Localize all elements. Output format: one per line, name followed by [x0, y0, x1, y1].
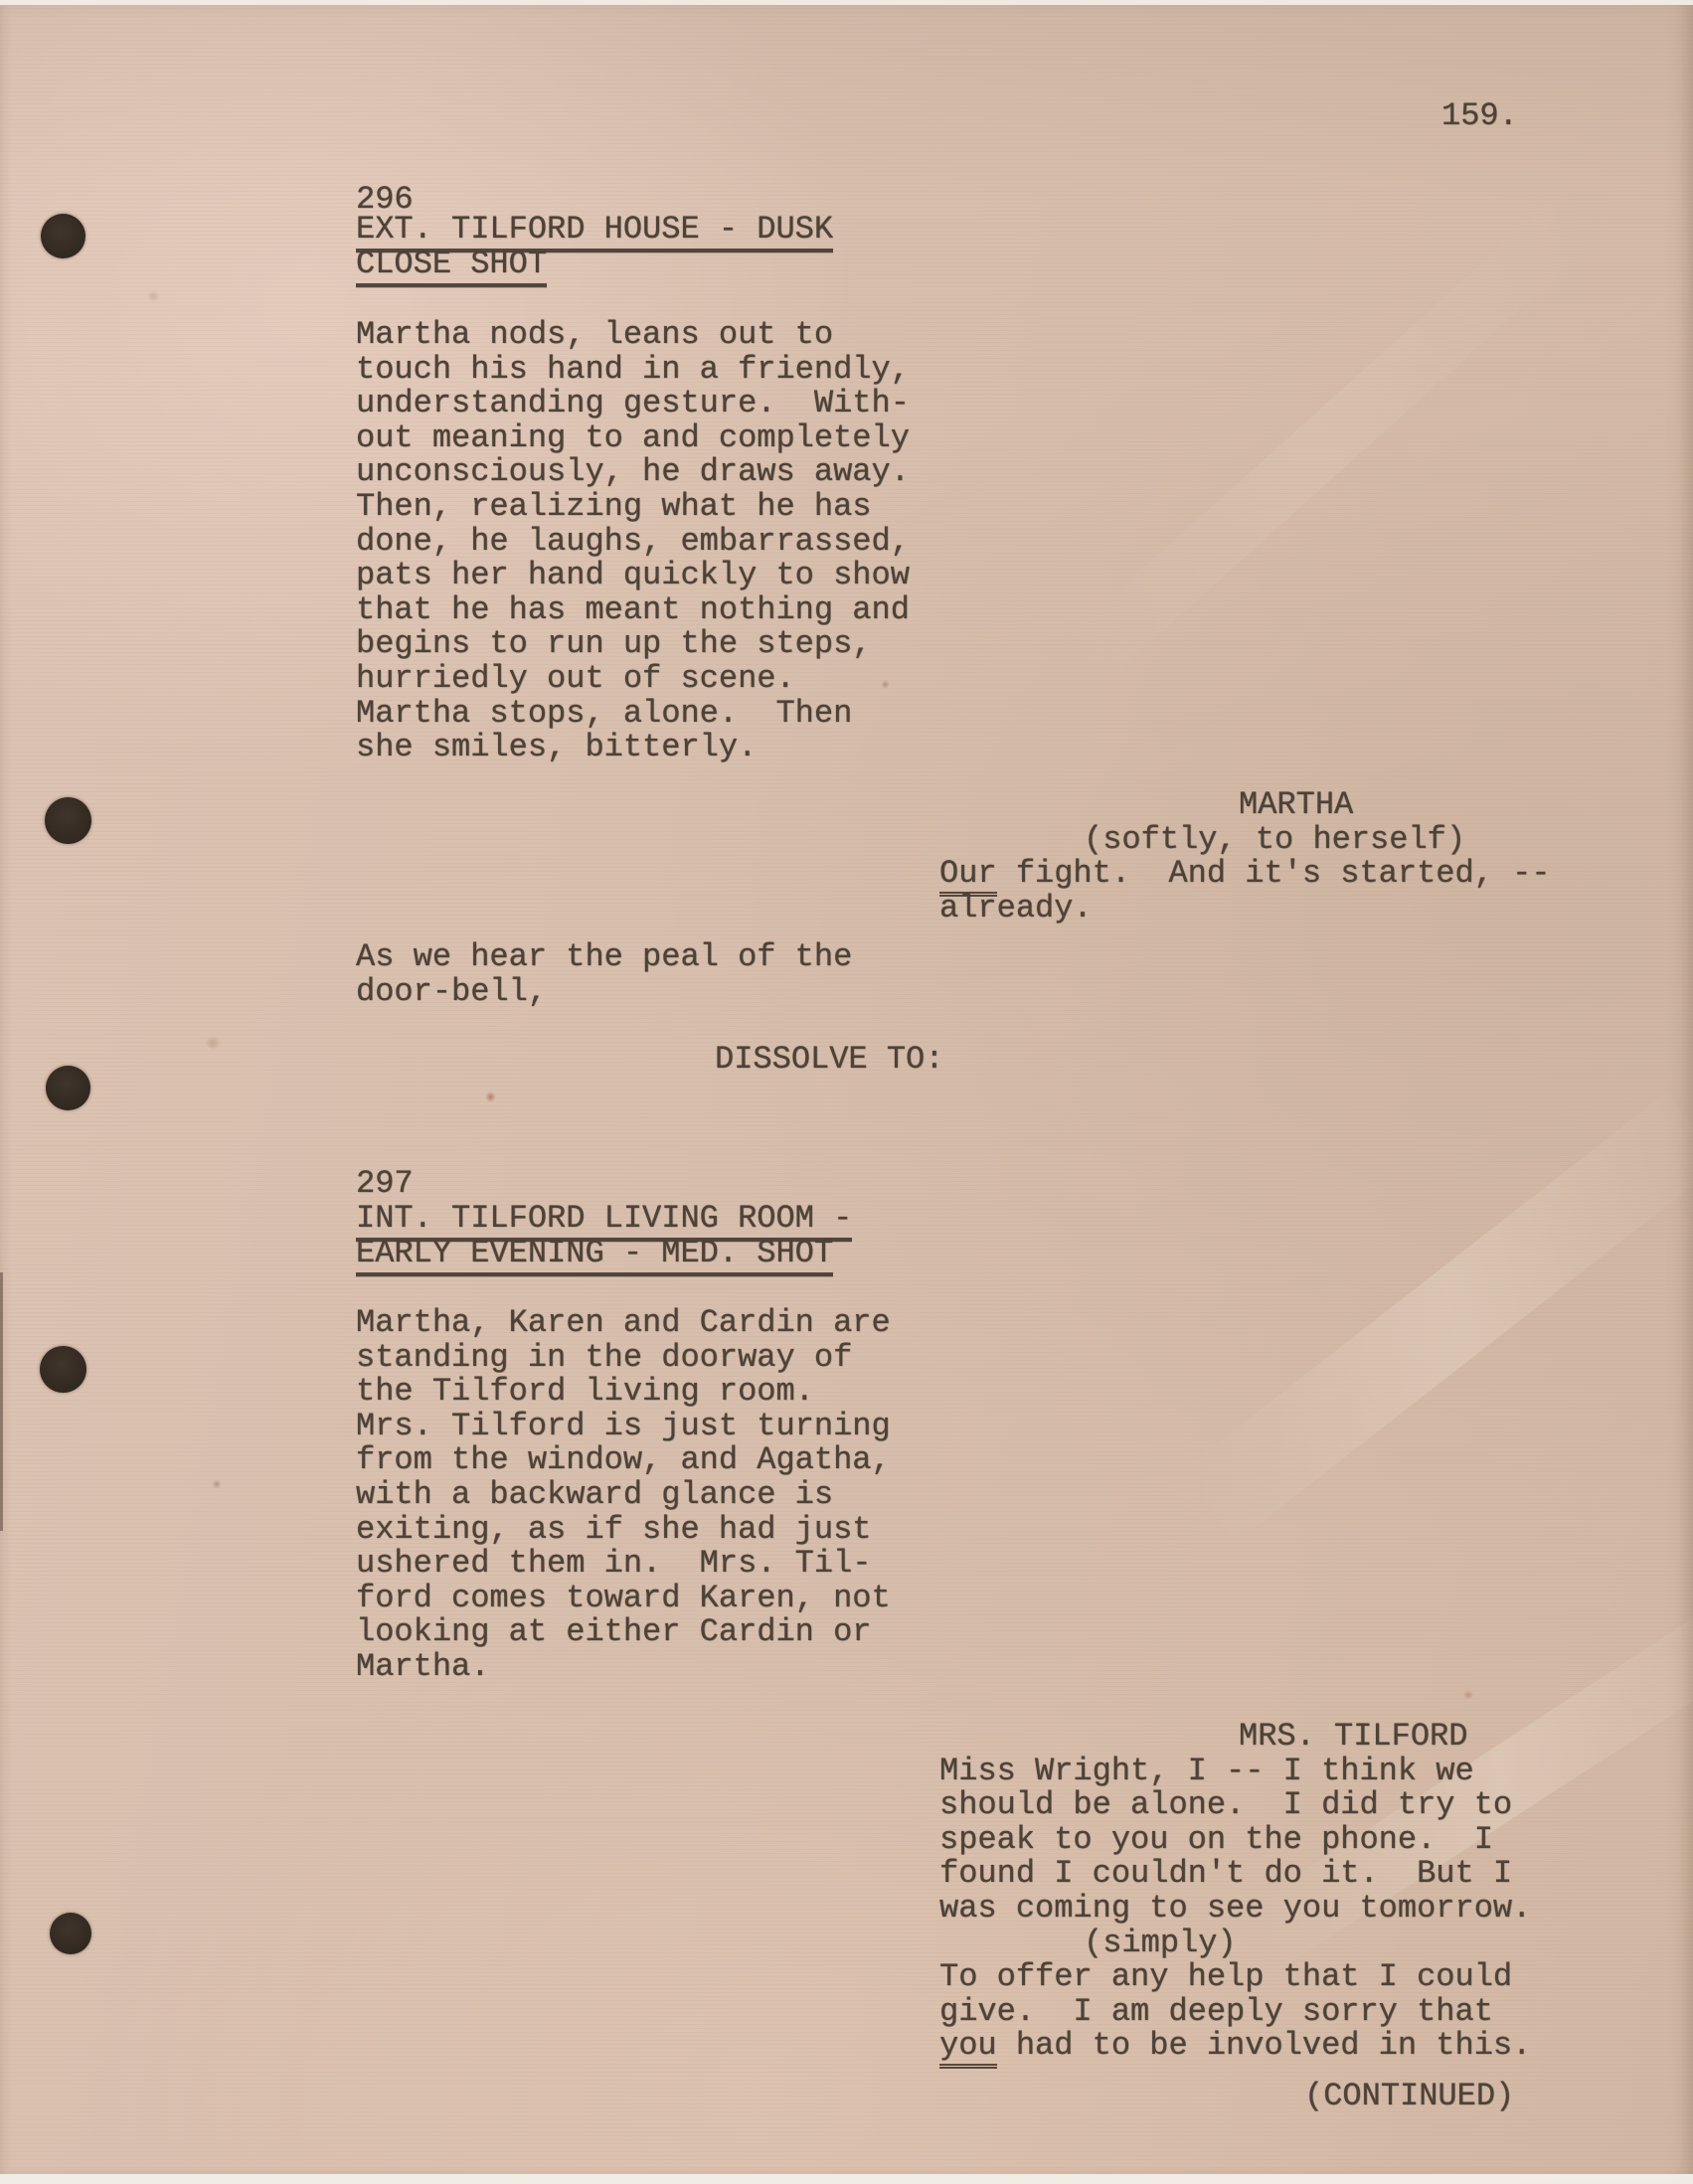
scan-edge-left-line [0, 1272, 3, 1531]
text-segment: speak to you on the phone. I [939, 1821, 1493, 1858]
scan-edge-top [0, 0, 1693, 5]
text-line: you had to be involved in this. [939, 2029, 1531, 2064]
text-segment: touch his hand in a friendly, [356, 351, 910, 388]
mrs-tilford-dialogue: MRS. TILFORDMiss Wright, I -- I think we… [939, 1720, 1531, 2064]
text-line: MRS. TILFORD [939, 1720, 1531, 1755]
paper-speck [205, 1036, 221, 1050]
text-segment: she smiles, bitterly. [356, 729, 757, 765]
text-segment: from the window, and Agatha, [356, 1441, 891, 1478]
text-segment: with a backward glance is [356, 1476, 833, 1513]
paper-speck [213, 1478, 221, 1490]
text-segment: Mrs. Tilford is just turning [356, 1408, 891, 1444]
punch-hole [45, 797, 91, 844]
text-segment: understanding gesture. With- [356, 385, 910, 421]
text-line: standing in the doorway of [356, 1341, 891, 1376]
text-segment: found I couldn't do it. But I [939, 1855, 1512, 1892]
text-segment: already. [939, 890, 1093, 926]
doorbell-action: As we hear the peal of thedoor-bell, [356, 940, 852, 1009]
text-line: ushered them in. Mrs. Til- [356, 1547, 891, 1582]
text-line: should be alone. I did try to [939, 1788, 1531, 1823]
text-segment: 159. [1441, 97, 1518, 134]
text-segment: done, he laughs, embarrassed, [356, 523, 910, 560]
text-line: with a backward glance is [356, 1478, 891, 1513]
text-segment: (simply) [1084, 1925, 1237, 1961]
text-line: found I couldn't do it. But I [939, 1857, 1531, 1892]
text-segment: give. I am deeply sorry that [939, 1993, 1493, 2030]
punch-hole [40, 1346, 86, 1393]
text-segment: that he has meant nothing and [356, 591, 910, 628]
text-segment: standing in the doorway of [356, 1339, 852, 1376]
page-number: 159. [1441, 99, 1518, 134]
martha-dialogue: MARTHA(softly, to herself)Our fight. And… [939, 788, 1551, 925]
text-line: already. [939, 892, 1551, 926]
text-segment: should be alone. I did try to [939, 1786, 1512, 1823]
text-line: Our fight. And it's started, -- [939, 857, 1551, 892]
text-line: To offer any help that I could [939, 1960, 1531, 1995]
text-line: unconsciously, he draws away. [356, 455, 910, 490]
scene-296-heading: EXT. TILFORD HOUSE - DUSKCLOSE SHOT [356, 213, 833, 281]
text-line: EARLY EVENING - MED. SHOT [356, 1237, 852, 1271]
text-segment: fight. And it's started, -- [997, 855, 1551, 892]
text-line: 159. [1441, 99, 1518, 134]
text-segment: As we hear the peal of the [356, 938, 852, 975]
text-segment: (softly, to herself) [1084, 821, 1465, 858]
text-segment: (CONTINUED) [1304, 2078, 1514, 2114]
paper-crease [1044, 193, 1601, 703]
underlined-text: you [939, 2027, 997, 2069]
text-line: from the window, and Agatha, [356, 1443, 891, 1478]
text-line: she smiles, bitterly. [356, 731, 910, 765]
text-line: give. I am deeply sorry that [939, 1995, 1531, 2030]
text-segment: begins to run up the steps, [356, 625, 871, 662]
text-line: 297 [356, 1167, 414, 1202]
text-line: EXT. TILFORD HOUSE - DUSK [356, 213, 833, 248]
text-segment: was coming to see you tomorrow. [939, 1890, 1531, 1927]
text-segment: unconsciously, he draws away. [356, 453, 910, 490]
text-line: looking at either Cardin or [356, 1615, 891, 1650]
scene-297-heading: INT. TILFORD LIVING ROOM -EARLY EVENING … [356, 1202, 852, 1270]
text-segment: DISSOLVE TO: [715, 1041, 943, 1078]
paper-speck [1463, 1690, 1473, 1700]
text-line: (simply) [939, 1927, 1531, 1961]
text-line: Martha stops, alone. Then [356, 697, 910, 732]
transition-dissolve: DISSOLVE TO: [715, 1043, 943, 1078]
underlined-text: CLOSE SHOT [356, 246, 547, 287]
text-line: begins to run up the steps, [356, 627, 910, 662]
text-segment: To offer any help that I could [939, 1958, 1512, 1995]
text-line: done, he laughs, embarrassed, [356, 525, 910, 560]
text-segment: Miss Wright, I -- I think we [939, 1753, 1474, 1789]
text-line: that he has meant nothing and [356, 593, 910, 628]
text-line: was coming to see you tomorrow. [939, 1892, 1531, 1927]
text-line: touch his hand in a friendly, [356, 353, 910, 388]
punch-hole [46, 1066, 90, 1110]
text-segment: MRS. TILFORD [1239, 1718, 1467, 1755]
text-segment: exiting, as if she had just [356, 1511, 871, 1548]
text-segment: ushered them in. Mrs. Til- [356, 1545, 871, 1582]
text-segment: Martha stops, alone. Then [356, 695, 852, 732]
text-segment: Martha nods, leans out to [356, 316, 833, 353]
paper-speck [147, 290, 160, 302]
text-line: Martha nods, leans out to [356, 318, 910, 353]
text-line: ford comes toward Karen, not [356, 1582, 891, 1616]
text-line: Then, realizing what he has [356, 490, 910, 525]
text-segment: hurriedly out of scene. [356, 660, 795, 697]
text-segment: Martha. [356, 1648, 489, 1685]
text-line: Mrs. Tilford is just turning [356, 1410, 891, 1444]
text-line: (softly, to herself) [939, 823, 1551, 858]
underlined-text: EARLY EVENING - MED. SHOT [356, 1235, 833, 1276]
text-line: hurriedly out of scene. [356, 662, 910, 697]
text-segment: MARTHA [1239, 786, 1353, 823]
text-line: Miss Wright, I -- I think we [939, 1755, 1531, 1789]
scene-297-number: 297 [356, 1167, 414, 1202]
text-segment: 297 [356, 1165, 414, 1202]
text-segment: Martha, Karen and Cardin are [356, 1304, 891, 1341]
text-segment: looking at either Cardin or [356, 1613, 871, 1650]
text-line: As we hear the peal of the [356, 940, 852, 975]
continued-note: (CONTINUED) [1304, 2080, 1514, 2114]
text-line: Martha. [356, 1650, 891, 1685]
punch-hole [41, 214, 85, 258]
text-line: INT. TILFORD LIVING ROOM - [356, 1202, 852, 1237]
text-line: speak to you on the phone. I [939, 1823, 1531, 1858]
text-segment: door-bell, [356, 973, 547, 1010]
text-line: door-bell, [356, 975, 852, 1010]
paper-crease [1181, 1092, 1693, 1543]
text-segment: out meaning to and completely [356, 420, 910, 456]
scene-297-action: Martha, Karen and Cardin arestanding in … [356, 1306, 891, 1685]
text-line: understanding gesture. With- [356, 387, 910, 421]
text-line: Martha, Karen and Cardin are [356, 1306, 891, 1341]
text-segment: the Tilford living room. [356, 1373, 814, 1410]
text-line: pats her hand quickly to show [356, 559, 910, 593]
scan-edge-bottom [0, 2174, 1693, 2184]
paper-speck [485, 1092, 496, 1102]
text-line: exiting, as if she had just [356, 1513, 891, 1548]
text-segment: ford comes toward Karen, not [356, 1580, 891, 1616]
text-line: the Tilford living room. [356, 1375, 891, 1410]
text-segment: had to be involved in this. [997, 2027, 1532, 2064]
script-page: 159.296EXT. TILFORD HOUSE - DUSKCLOSE SH… [0, 0, 1693, 2184]
scene-296-action: Martha nods, leans out totouch his hand … [356, 318, 910, 765]
text-line: DISSOLVE TO: [715, 1043, 943, 1078]
text-line: MARTHA [939, 788, 1551, 823]
text-segment: Then, realizing what he has [356, 488, 871, 525]
text-line: out meaning to and completely [356, 421, 910, 456]
text-line: (CONTINUED) [1304, 2080, 1514, 2114]
punch-hole [50, 1913, 91, 1954]
text-segment: pats her hand quickly to show [356, 557, 910, 593]
